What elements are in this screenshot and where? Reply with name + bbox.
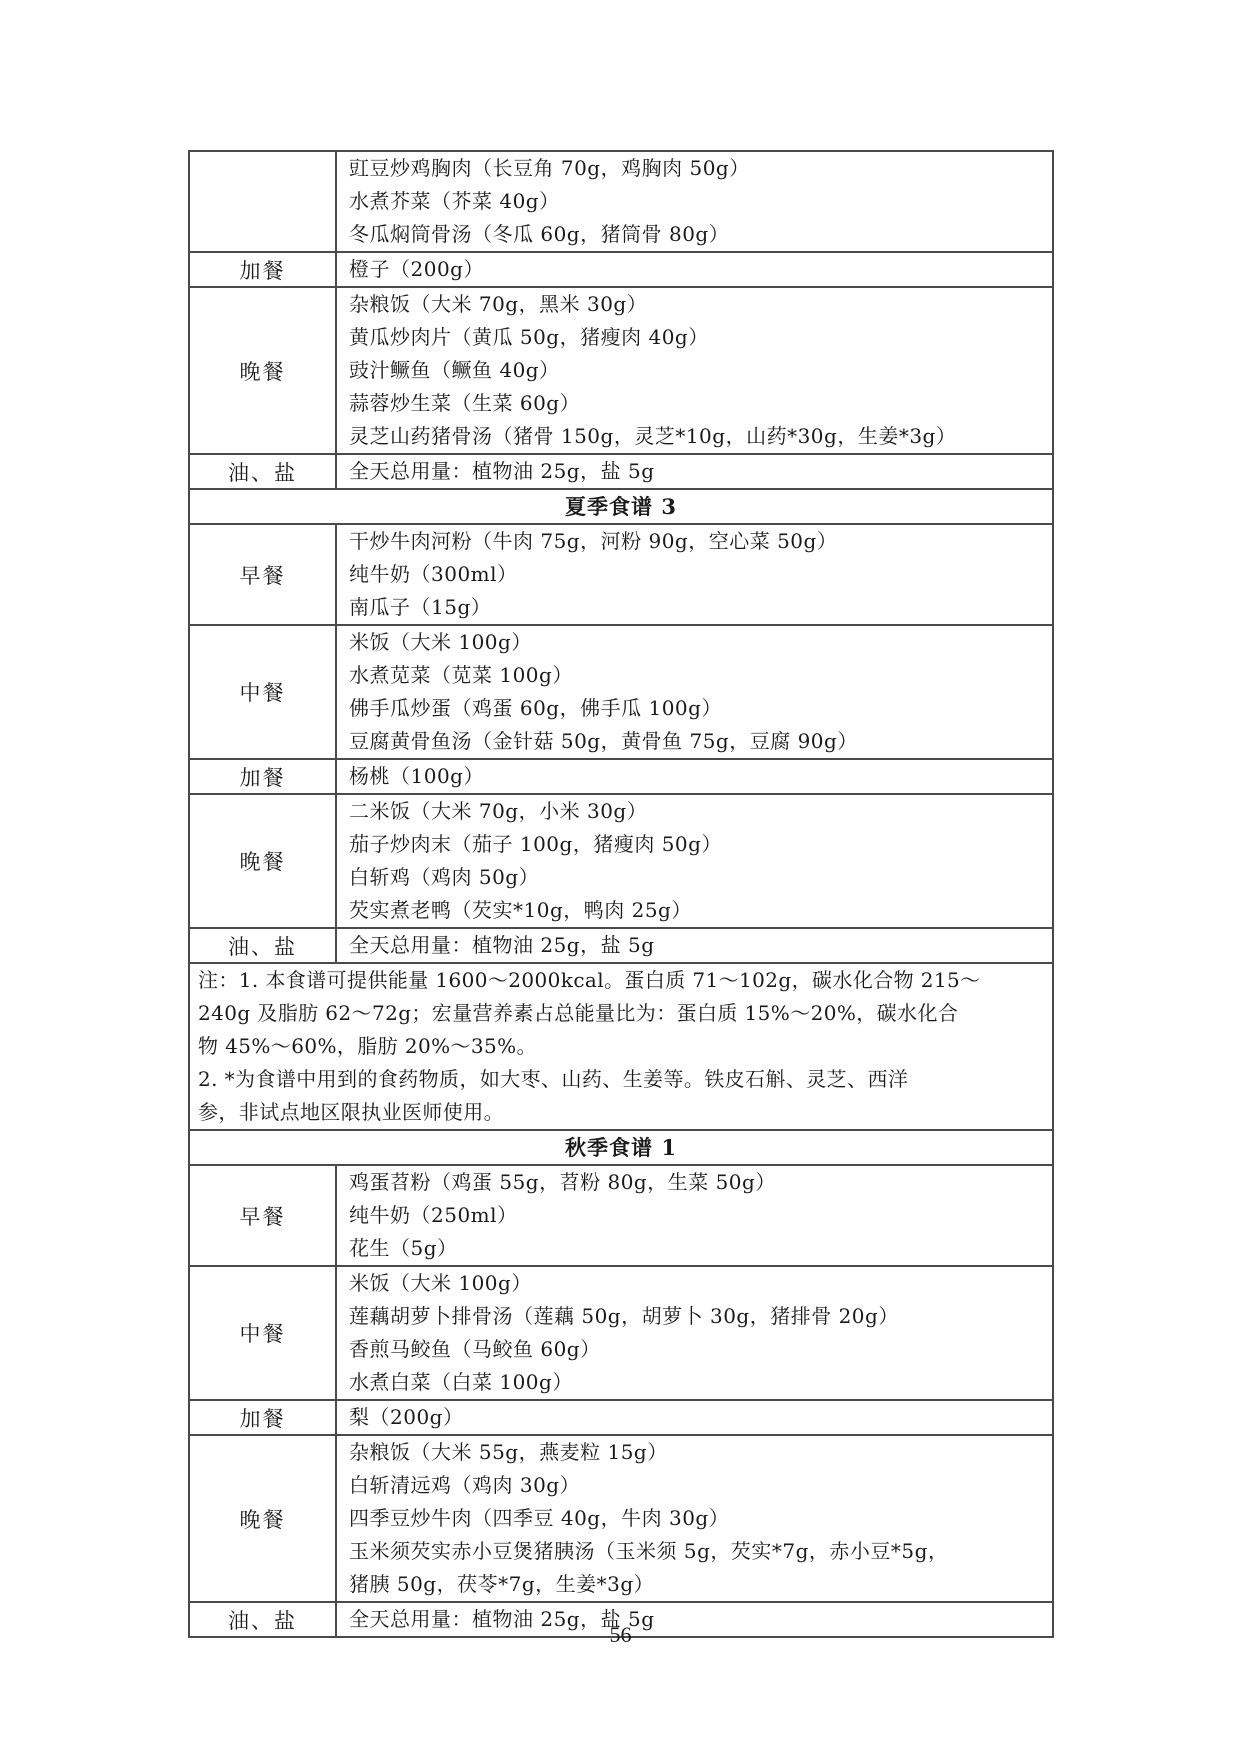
note-line: 物 45%～60%，脂肪 20%～35%。 <box>198 1030 1044 1063</box>
section-title: 夏季食谱 3 <box>189 489 1053 524</box>
note-block: 注：1. 本食谱可提供能量 1600～2000kcal。蛋白质 71～102g，… <box>189 963 1053 1130</box>
note-line: 参，非试点地区限执业医师使用。 <box>198 1096 1044 1129</box>
table-row-lunch: 中餐 米饭（大米 100g） 莲藕胡萝卜排骨汤（莲藕 50g，胡萝卜 30g，猪… <box>189 1266 1053 1400</box>
meal-label: 晚餐 <box>189 287 336 454</box>
dish-item: 猪胰 50g，茯苓*7g，生姜*3g） <box>349 1568 1052 1601</box>
dish-item: 杂粮饭（大米 70g，黑米 30g） <box>349 288 1052 321</box>
dish-item: 花生（5g） <box>349 1232 1052 1265</box>
dish-item: 白斩鸡（鸡肉 50g） <box>349 861 1052 894</box>
dish-list: 干炒牛肉河粉（牛肉 75g，河粉 90g，空心菜 50g） 纯牛奶（300ml）… <box>336 524 1053 625</box>
dish-list: 豇豆炒鸡胸肉（长豆角 70g，鸡胸肉 50g） 水煮芥菜（芥菜 40g） 冬瓜焖… <box>336 151 1053 252</box>
meal-label: 早餐 <box>189 524 336 625</box>
dish-item: 全天总用量：植物油 25g，盐 5g <box>349 929 1052 962</box>
note-line: 注：1. 本食谱可提供能量 1600～2000kcal。蛋白质 71～102g，… <box>198 964 1044 997</box>
dish-list: 米饭（大米 100g） 莲藕胡萝卜排骨汤（莲藕 50g，胡萝卜 30g，猪排骨 … <box>336 1266 1053 1400</box>
dish-item: 四季豆炒牛肉（四季豆 40g，牛肉 30g） <box>349 1502 1052 1535</box>
dish-item: 南瓜子（15g） <box>349 591 1052 624</box>
table-row-oil-salt: 油、盐 全天总用量：植物油 25g，盐 5g <box>189 454 1053 489</box>
table-row-breakfast: 早餐 鸡蛋苕粉（鸡蛋 55g，苕粉 80g，生菜 50g） 纯牛奶（250ml）… <box>189 1165 1053 1266</box>
dish-item: 干炒牛肉河粉（牛肉 75g，河粉 90g，空心菜 50g） <box>349 525 1052 558</box>
dish-item: 香煎马鲛鱼（马鲛鱼 60g） <box>349 1333 1052 1366</box>
table-row-snack: 加餐 梨（200g） <box>189 1400 1053 1435</box>
dish-list: 杨桃（100g） <box>336 759 1053 794</box>
dish-item: 杂粮饭（大米 55g，燕麦粒 15g） <box>349 1436 1052 1469</box>
dish-item: 冬瓜焖筒骨汤（冬瓜 60g，猪筒骨 80g） <box>349 218 1052 251</box>
meal-plan-table: 豇豆炒鸡胸肉（长豆角 70g，鸡胸肉 50g） 水煮芥菜（芥菜 40g） 冬瓜焖… <box>188 150 1054 1638</box>
table-row-snack: 加餐 橙子（200g） <box>189 252 1053 287</box>
meal-label: 中餐 <box>189 625 336 759</box>
meal-label: 早餐 <box>189 1165 336 1266</box>
table-row-oil-salt: 油、盐 全天总用量：植物油 25g，盐 5g <box>189 928 1053 963</box>
dish-list: 杂粮饭（大米 70g，黑米 30g） 黄瓜炒肉片（黄瓜 50g，猪瘦肉 40g）… <box>336 287 1053 454</box>
dish-item: 玉米须芡实赤小豆煲猪胰汤（玉米须 5g，芡实*7g，赤小豆*5g， <box>349 1535 1052 1568</box>
dish-item: 米饭（大米 100g） <box>349 626 1052 659</box>
section-title: 秋季食谱 1 <box>189 1130 1053 1165</box>
meal-label: 加餐 <box>189 759 336 794</box>
dish-list: 梨（200g） <box>336 1400 1053 1435</box>
dish-list: 全天总用量：植物油 25g，盐 5g <box>336 454 1053 489</box>
dish-item: 全天总用量：植物油 25g，盐 5g <box>349 455 1052 488</box>
dish-item: 茄子炒肉末（茄子 100g，猪瘦肉 50g） <box>349 828 1052 861</box>
table-row-dinner: 晚餐 二米饭（大米 70g，小米 30g） 茄子炒肉末（茄子 100g，猪瘦肉 … <box>189 794 1053 928</box>
dish-item: 黄瓜炒肉片（黄瓜 50g，猪瘦肉 40g） <box>349 321 1052 354</box>
section-header-summer-3: 夏季食谱 3 <box>189 489 1053 524</box>
dish-list: 鸡蛋苕粉（鸡蛋 55g，苕粉 80g，生菜 50g） 纯牛奶（250ml） 花生… <box>336 1165 1053 1266</box>
dish-item: 灵芝山药猪骨汤（猪骨 150g，灵芝*10g，山药*30g，生姜*3g） <box>349 420 1052 453</box>
meal-label: 中餐 <box>189 1266 336 1400</box>
dish-item: 鸡蛋苕粉（鸡蛋 55g，苕粉 80g，生菜 50g） <box>349 1166 1052 1199</box>
dish-list: 橙子（200g） <box>336 252 1053 287</box>
meal-label: 油、盐 <box>189 454 336 489</box>
dish-list: 米饭（大米 100g） 水煮苋菜（苋菜 100g） 佛手瓜炒蛋（鸡蛋 60g，佛… <box>336 625 1053 759</box>
dish-item: 豉汁鳜鱼（鳜鱼 40g） <box>349 354 1052 387</box>
dish-item: 二米饭（大米 70g，小米 30g） <box>349 795 1052 828</box>
table-row-lunch-continued: 豇豆炒鸡胸肉（长豆角 70g，鸡胸肉 50g） 水煮芥菜（芥菜 40g） 冬瓜焖… <box>189 151 1053 252</box>
table-row-dinner: 晚餐 杂粮饭（大米 70g，黑米 30g） 黄瓜炒肉片（黄瓜 50g，猪瘦肉 4… <box>189 287 1053 454</box>
dish-item: 橙子（200g） <box>349 253 1052 286</box>
dish-item: 莲藕胡萝卜排骨汤（莲藕 50g，胡萝卜 30g，猪排骨 20g） <box>349 1300 1052 1333</box>
dish-item: 佛手瓜炒蛋（鸡蛋 60g，佛手瓜 100g） <box>349 692 1052 725</box>
dish-item: 米饭（大米 100g） <box>349 1267 1052 1300</box>
dish-item: 蒜蓉炒生菜（生菜 60g） <box>349 387 1052 420</box>
dish-item: 豆腐黄骨鱼汤（金针菇 50g，黄骨鱼 75g，豆腐 90g） <box>349 725 1052 758</box>
dish-item: 豇豆炒鸡胸肉（长豆角 70g，鸡胸肉 50g） <box>349 152 1052 185</box>
meal-label: 加餐 <box>189 252 336 287</box>
dish-item: 水煮芥菜（芥菜 40g） <box>349 185 1052 218</box>
table-row-snack: 加餐 杨桃（100g） <box>189 759 1053 794</box>
dish-item: 杨桃（100g） <box>349 760 1052 793</box>
dish-item: 芡实煮老鸭（芡实*10g，鸭肉 25g） <box>349 894 1052 927</box>
dish-item: 白斩清远鸡（鸡肉 30g） <box>349 1469 1052 1502</box>
dish-item: 纯牛奶（300ml） <box>349 558 1052 591</box>
table-row-breakfast: 早餐 干炒牛肉河粉（牛肉 75g，河粉 90g，空心菜 50g） 纯牛奶（300… <box>189 524 1053 625</box>
dish-item: 水煮苋菜（苋菜 100g） <box>349 659 1052 692</box>
page-number: 56 <box>0 1622 1241 1648</box>
dish-item: 水煮白菜（白菜 100g） <box>349 1366 1052 1399</box>
dish-item: 纯牛奶（250ml） <box>349 1199 1052 1232</box>
meal-label: 晚餐 <box>189 1435 336 1602</box>
dish-list: 杂粮饭（大米 55g，燕麦粒 15g） 白斩清远鸡（鸡肉 30g） 四季豆炒牛肉… <box>336 1435 1053 1602</box>
dish-list: 二米饭（大米 70g，小米 30g） 茄子炒肉末（茄子 100g，猪瘦肉 50g… <box>336 794 1053 928</box>
note-line: 2. *为食谱中用到的食药物质，如大枣、山药、生姜等。铁皮石斛、灵芝、西洋 <box>198 1063 1044 1096</box>
table-row-lunch: 中餐 米饭（大米 100g） 水煮苋菜（苋菜 100g） 佛手瓜炒蛋（鸡蛋 60… <box>189 625 1053 759</box>
note-line: 240g 及脂肪 62～72g；宏量营养素占总能量比为：蛋白质 15%～20%，… <box>198 997 1044 1030</box>
table-row-note: 注：1. 本食谱可提供能量 1600～2000kcal。蛋白质 71～102g，… <box>189 963 1053 1130</box>
meal-label: 晚餐 <box>189 794 336 928</box>
dish-list: 全天总用量：植物油 25g，盐 5g <box>336 928 1053 963</box>
table-row-dinner: 晚餐 杂粮饭（大米 55g，燕麦粒 15g） 白斩清远鸡（鸡肉 30g） 四季豆… <box>189 1435 1053 1602</box>
meal-label <box>189 151 336 252</box>
section-header-autumn-1: 秋季食谱 1 <box>189 1130 1053 1165</box>
meal-label: 油、盐 <box>189 928 336 963</box>
dish-item: 梨（200g） <box>349 1401 1052 1434</box>
meal-label: 加餐 <box>189 1400 336 1435</box>
